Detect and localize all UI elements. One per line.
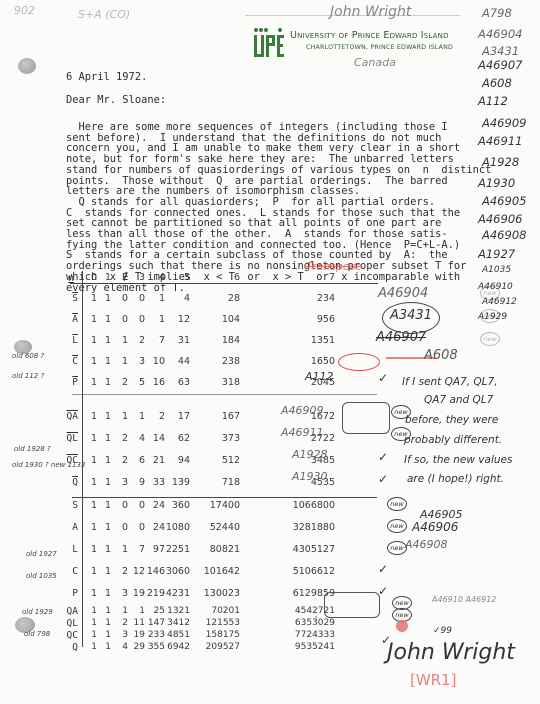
margin-id: A46904 — [478, 27, 522, 41]
table-cell: 3412 — [140, 618, 190, 628]
column-header: 7 — [305, 272, 335, 283]
margin-id: A112 — [478, 94, 508, 108]
handwritten-note: A46906 — [412, 520, 458, 534]
table-cell: 234 — [285, 293, 335, 304]
margin-id: A46906 — [478, 212, 522, 226]
table-cell: 63 — [140, 377, 190, 388]
box-mark — [342, 402, 390, 434]
table-cell: 31 — [140, 335, 190, 346]
table-cell: 209527 — [190, 642, 240, 652]
check-mark-icon: ✓ — [378, 584, 388, 598]
handwritten-note: before, they were — [405, 414, 498, 426]
new-tag: new — [387, 541, 407, 555]
table-cell: 4231 — [140, 588, 190, 599]
table-cell: 956 — [285, 314, 335, 325]
table-cell: 718 — [190, 477, 240, 488]
margin-id: A1930 — [478, 176, 515, 190]
corner-note: S+A (CO) — [78, 8, 130, 21]
table-cell: 1650 — [285, 356, 335, 367]
table-cell: 4305127 — [285, 544, 335, 555]
punch-hole — [18, 58, 36, 74]
table-cell: 62 — [140, 433, 190, 444]
university-name: University of Prince Edward Island — [290, 30, 449, 41]
signature: John Wright — [387, 640, 515, 665]
handwritten-name: John Wright — [330, 4, 411, 20]
handwritten-note: A112 — [305, 370, 334, 383]
table-cell: 3060 — [140, 566, 190, 577]
table-cell: 1321 — [140, 606, 190, 616]
new-tag: new — [387, 497, 407, 511]
table-cell: 70201 — [190, 606, 240, 616]
corner-note: 902 — [14, 4, 35, 17]
table-cell: 9535241 — [285, 642, 335, 652]
table-cell: 1080 — [140, 522, 190, 533]
handwritten-note: A46909 — [281, 404, 324, 417]
left-margin-note: old 112 ? — [12, 372, 44, 380]
new-tag-faint: new — [480, 332, 500, 346]
handwritten-note: probably different. — [404, 434, 502, 446]
table-cell: 238 — [190, 356, 240, 367]
margin-id: A1928 — [482, 155, 519, 169]
handwritten-note: A46904 — [378, 286, 428, 301]
table-cell: 104 — [190, 314, 240, 325]
table-cell: 1066800 — [285, 500, 335, 511]
table-cell: 184 — [190, 335, 240, 346]
margin-id: A798 — [482, 6, 512, 20]
table-cell: 2251 — [140, 544, 190, 555]
salutation: Dear Mr. Sloane: — [66, 95, 166, 106]
handwritten-note: If I sent QA7, QL7, — [402, 376, 498, 388]
handwritten-note: ! — [313, 614, 318, 628]
letter-body: Here are some more sequences of integers… — [66, 122, 486, 293]
handwritten-note: A46907 — [376, 330, 426, 345]
handwritten-note: A3431 — [390, 308, 432, 323]
table-cell: 360 — [140, 500, 190, 511]
table-cell: 7724333 — [285, 630, 335, 640]
table-cell: 28 — [190, 293, 240, 304]
left-margin-note: old 1035 — [26, 572, 57, 580]
table-cell: 12 — [140, 314, 190, 325]
table-cell: 6353029 — [285, 618, 335, 628]
left-margin-note: old 1930 ? new 1133 — [12, 461, 85, 469]
margin-id: A3431 — [482, 44, 519, 58]
red-dot — [396, 620, 408, 632]
table-cell: 318 — [190, 377, 240, 388]
margin-id: A608 — [482, 76, 512, 90]
new-tag-faint: new — [480, 286, 500, 300]
check-mark-icon: ✓ — [378, 562, 388, 576]
letter-date: 6 April 1972. — [66, 72, 147, 83]
left-margin-note: old 1928 ? — [14, 445, 51, 453]
handwritten-note: A46908 — [405, 538, 448, 551]
signature-check: ✓99 — [433, 626, 452, 636]
table-cell: 5106612 — [285, 566, 335, 577]
table-cell: 17400 — [190, 500, 240, 511]
box-mark — [324, 592, 380, 618]
table-cell: 6942 — [140, 642, 190, 652]
table-cell: 139 — [140, 477, 190, 488]
left-margin-note: old 1927 — [26, 550, 57, 558]
margin-id: A46905 — [482, 194, 526, 208]
new-tag-faint: new — [480, 309, 500, 323]
left-margin-note: old 798 — [24, 630, 50, 638]
table-cell: 101642 — [190, 566, 240, 577]
left-margin-note: old 1929 — [22, 608, 53, 616]
column-header: 6 — [210, 272, 240, 283]
table-cell: 167 — [190, 411, 240, 422]
table-cell: 17 — [140, 411, 190, 422]
table-header-rule — [70, 283, 378, 284]
table-cell: 94 — [140, 455, 190, 466]
handwritten-note: A46910 A46912 — [432, 595, 496, 604]
table-cell: 130023 — [190, 588, 240, 599]
handwritten-note: If so, the new values — [404, 454, 512, 466]
body-line: stand for numbers of quasiorderings of v… — [66, 165, 486, 176]
left-margin-note: old 608 ? — [12, 352, 44, 360]
margin-id: A1035 — [482, 265, 511, 275]
handwritten-note: A1928 — [292, 448, 328, 461]
handwritten-note: are (I hope!) right. — [407, 473, 504, 485]
letter-page: 902 S+A (CO) University of Prince Edward… — [0, 0, 540, 704]
table-cell: 4851 — [140, 630, 190, 640]
handwritten-note: A608 — [424, 348, 458, 363]
margin-id: A1927 — [478, 247, 515, 261]
table-cell: 1351 — [285, 335, 335, 346]
university-address: CHARLOTTETOWN, PRINCE EDWARD ISLAND — [306, 44, 453, 51]
new-tag: new — [387, 519, 407, 533]
margin-id: A46911 — [478, 134, 522, 148]
check-mark-icon: ✓ — [378, 450, 388, 464]
table-cell: 121553 — [190, 618, 240, 628]
table-divider — [72, 394, 377, 395]
table-cell: 373 — [190, 433, 240, 444]
table-cell: 52440 — [190, 522, 240, 533]
table-cell: 158175 — [190, 630, 240, 640]
margin-id: A46908 — [482, 228, 526, 242]
handwritten-note: QA7 and QL7 — [424, 394, 493, 406]
red-circle — [338, 353, 380, 371]
table-cell: 44 — [140, 356, 190, 367]
handwritten-country: Canada — [354, 56, 396, 69]
table-cell: 512 — [190, 455, 240, 466]
handwritten-note: A1930 — [292, 470, 328, 483]
table-cell: 3281880 — [285, 522, 335, 533]
margin-id: A46909 — [482, 116, 526, 130]
column-header: 5 — [160, 272, 190, 283]
handwritten-note: A46911 — [281, 426, 324, 439]
table-cell: 4 — [140, 293, 190, 304]
table-cell: 80821 — [190, 544, 240, 555]
check-mark-icon: ✓ — [378, 472, 388, 486]
upei-logo-icon — [254, 28, 284, 58]
check-mark-icon: ✓ — [378, 371, 388, 385]
table-divider — [72, 497, 377, 498]
stamp-label: [WR1] — [410, 671, 457, 689]
margin-id: A46907 — [478, 58, 522, 72]
